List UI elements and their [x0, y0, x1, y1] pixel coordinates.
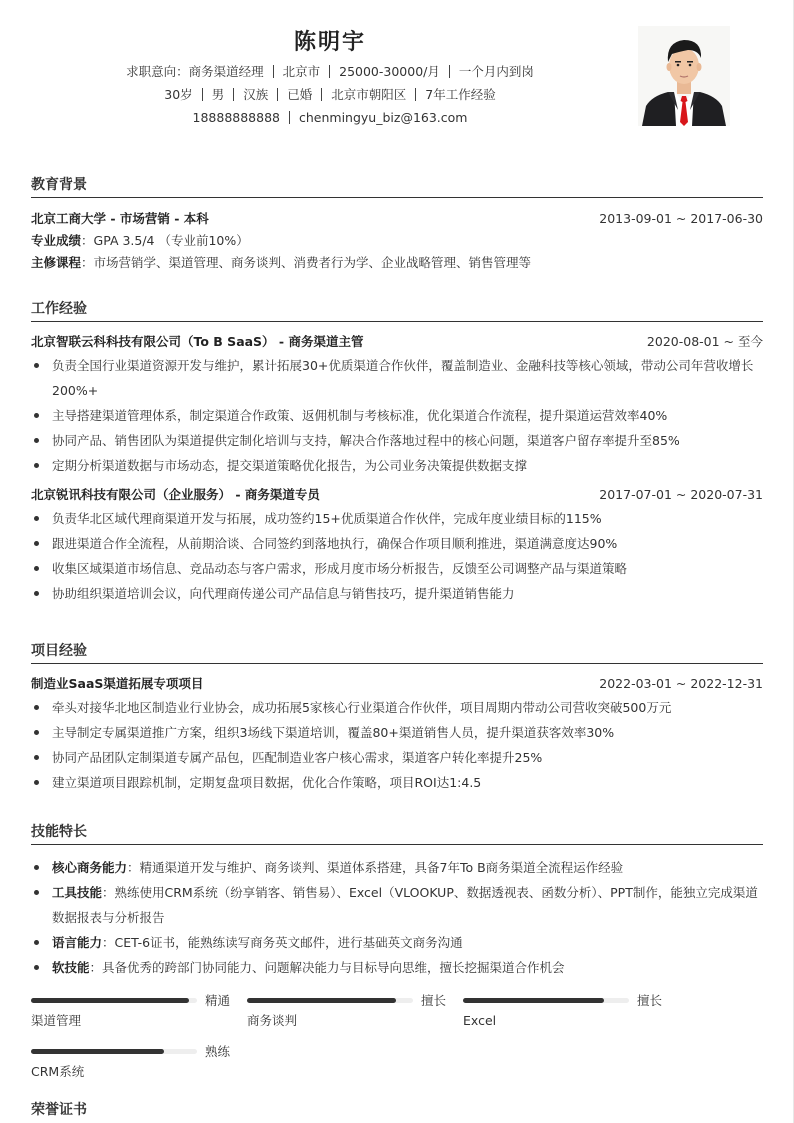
job-bullets: 负责华北区域代理商渠道开发与拓展，成功签约15+优质渠道合作伙伴，完成年度业绩目…	[31, 506, 763, 606]
job-title: 北京锐讯科技有限公司（企业服务） - 商务渠道专员	[31, 484, 320, 506]
education-section: 教育背景 北京工商大学 - 市场营销 - 本科 2013-09-01 ~ 201…	[31, 174, 763, 274]
job-title: 北京智联云科科技有限公司（To B SaaS） - 商务渠道主管	[31, 331, 363, 353]
skills-bullets: 核心商务能力：精通渠道开发与维护、商务谈判、渠道体系搭建，具备7年To B商务渠…	[31, 855, 763, 980]
project-row: 制造业SaaS渠道拓展专项项目 2022-03-01 ~ 2022-12-31	[31, 673, 763, 695]
residence: 北京市朝阳区	[331, 87, 406, 102]
expected-salary: 25000-30000/月	[339, 64, 440, 79]
job-bullets: 负责全国行业渠道资源开发与维护，累计拓展30+优质渠道合作伙伴，覆盖制造业、金融…	[31, 353, 763, 478]
job-row: 北京智联云科科技有限公司（To B SaaS） - 商务渠道主管 2020-08…	[31, 331, 763, 353]
project-date: 2022-03-01 ~ 2022-12-31	[599, 673, 763, 695]
divider	[273, 65, 274, 78]
age: 30岁	[164, 87, 192, 102]
skill-level: 擅长	[637, 992, 662, 1009]
section-title: 教育背景	[31, 174, 763, 198]
skill-text: ：熟练使用CRM系统（纷享销客、销售易）、Excel（VLOOKUP、数据透视表…	[52, 885, 758, 925]
education-date: 2013-09-01 ~ 2017-06-30	[599, 208, 763, 230]
email-address: chenmingyu_biz@163.com	[299, 110, 467, 125]
list-item: 协同产品团队定制渠道专属产品包，匹配制造业客户核心需求，渠道客户转化率提升25%	[31, 745, 763, 770]
avatar	[638, 26, 730, 126]
skill-label: 语言能力	[52, 935, 102, 950]
gender: 男	[212, 87, 225, 102]
project-bullets: 牵头对接华北地区制造业行业协会，成功拓展5家核心行业渠道合作伙伴，项目周期内带动…	[31, 695, 763, 795]
list-item: 主导制定专属渠道推广方案，组织3场线下渠道培训，覆盖80+渠道销售人员，提升渠道…	[31, 720, 763, 745]
skill-bar-fill	[31, 998, 189, 1003]
personal-info-line: 30岁男汉族已婚北京市朝阳区7年工作经验	[0, 83, 660, 106]
skill-bar-track	[247, 998, 413, 1003]
education-row: 北京工商大学 - 市场营销 - 本科 2013-09-01 ~ 2017-06-…	[31, 208, 763, 230]
skill-name: 商务谈判	[247, 1012, 297, 1029]
work-years: 7年工作经验	[425, 87, 495, 102]
courses-label: 主修课程	[31, 255, 81, 270]
courses-line: 主修课程：市场营销学、渠道管理、商务谈判、消费者行为学、企业战略管理、销售管理等	[31, 252, 763, 274]
job-date: 2020-08-01 ~ 至今	[647, 331, 763, 353]
section-title: 工作经验	[31, 298, 763, 322]
skill-level: 精通	[205, 992, 230, 1009]
avatar-illustration-icon	[638, 26, 730, 126]
section-title: 技能特长	[31, 821, 763, 845]
candidate-name: 陈明宇	[0, 26, 660, 60]
list-item: 负责全国行业渠道资源开发与维护，累计拓展30+优质渠道合作伙伴，覆盖制造业、金融…	[31, 353, 763, 403]
courses-value: ：市场营销学、渠道管理、商务谈判、消费者行为学、企业战略管理、销售管理等	[81, 255, 531, 270]
work-section: 工作经验 北京智联云科科技有限公司（To B SaaS） - 商务渠道主管 20…	[31, 298, 763, 606]
gpa-label: 专业成绩	[31, 233, 81, 248]
list-item: 软技能：具备优秀的跨部门协同能力、问题解决能力与目标导向思维，擅长挖掘渠道合作机…	[31, 955, 763, 980]
school-major-degree: 北京工商大学 - 市场营销 - 本科	[31, 208, 209, 230]
divider	[321, 88, 322, 101]
divider	[289, 111, 290, 124]
divider	[449, 65, 450, 78]
gpa-value: ：GPA 3.5/4 （专业前10%）	[81, 233, 249, 248]
skill-text: ：精通渠道开发与维护、商务谈判、渠道体系搭建，具备7年To B商务渠道全流程运作…	[127, 860, 623, 875]
skill-bar-fill	[247, 998, 396, 1003]
list-item: 语言能力：CET-6证书，能熟练读写商务英文邮件，进行基础英文商务沟通	[31, 930, 763, 955]
skill-name: Excel	[463, 1012, 496, 1029]
gpa-line: 专业成绩：GPA 3.5/4 （专业前10%）	[31, 230, 763, 252]
list-item: 牵头对接华北地区制造业行业协会，成功拓展5家核心行业渠道合作伙伴，项目周期内带动…	[31, 695, 763, 720]
divider	[233, 88, 234, 101]
project-title: 制造业SaaS渠道拓展专项项目	[31, 673, 203, 695]
job-row: 北京锐讯科技有限公司（企业服务） - 商务渠道专员 2017-07-01 ~ 2…	[31, 484, 763, 506]
skill-bar-track	[463, 998, 629, 1003]
skill-bar-item: 熟练 CRM系统	[31, 1043, 231, 1083]
resume-page: 陈明宇 求职意向：商务渠道经理北京市25000-30000/月一个月内到岗 30…	[0, 0, 794, 1123]
phone-number: 18888888888	[193, 110, 280, 125]
projects-section: 项目经验 制造业SaaS渠道拓展专项项目 2022-03-01 ~ 2022-1…	[31, 640, 763, 795]
skill-bar-fill	[31, 1049, 164, 1054]
skill-name: 渠道管理	[31, 1012, 81, 1029]
list-item: 核心商务能力：精通渠道开发与维护、商务谈判、渠道体系搭建，具备7年To B商务渠…	[31, 855, 763, 880]
job-intent: 求职意向：商务渠道经理	[126, 64, 264, 79]
skill-text: ：CET-6证书，能熟练读写商务英文邮件，进行基础英文商务沟通	[102, 935, 463, 950]
skill-label: 工具技能	[52, 885, 102, 900]
job-intent-line: 求职意向：商务渠道经理北京市25000-30000/月一个月内到岗	[0, 60, 660, 83]
skill-bar-item: 擅长 商务谈判	[247, 992, 447, 1032]
section-title: 荣誉证书	[31, 1099, 763, 1123]
divider	[202, 88, 203, 101]
skill-text: ：具备优秀的跨部门协同能力、问题解决能力与目标导向思维，擅长挖掘渠道合作机会	[90, 960, 565, 975]
marital-status: 已婚	[287, 87, 312, 102]
skills-section: 技能特长 核心商务能力：精通渠道开发与维护、商务谈判、渠道体系搭建，具备7年To…	[31, 821, 763, 980]
divider	[415, 88, 416, 101]
skill-level: 熟练	[205, 1043, 230, 1060]
skill-label: 核心商务能力	[52, 860, 127, 875]
list-item: 协同产品、销售团队为渠道提供定制化培训与支持，解决合作落地过程中的核心问题，渠道…	[31, 428, 763, 453]
divider	[277, 88, 278, 101]
skill-level: 擅长	[421, 992, 446, 1009]
list-item: 跟进渠道合作全流程，从前期洽谈、合同签约到落地执行，确保合作项目顺利推进，渠道满…	[31, 531, 763, 556]
contact-line: 18888888888chenmingyu_biz@163.com	[0, 106, 660, 129]
job-date: 2017-07-01 ~ 2020-07-31	[599, 484, 763, 506]
divider	[329, 65, 330, 78]
skill-name: CRM系统	[31, 1063, 84, 1080]
skill-bar-track	[31, 1049, 197, 1054]
list-item: 建立渠道项目跟踪机制，定期复盘项目数据，优化合作策略，项目ROI达1:4.5	[31, 770, 763, 795]
list-item: 工具技能：熟练使用CRM系统（纷享销客、销售易）、Excel（VLOOKUP、数…	[31, 880, 763, 930]
skill-label: 软技能	[52, 960, 90, 975]
skill-bar-item: 精通 渠道管理	[31, 992, 231, 1032]
resume-header: 陈明宇 求职意向：商务渠道经理北京市25000-30000/月一个月内到岗 30…	[0, 26, 660, 129]
list-item: 收集区域渠道市场信息、竞品动态与客户需求，形成月度市场分析报告，反馈至公司调整产…	[31, 556, 763, 581]
intent-city: 北京市	[283, 64, 321, 79]
skill-bar-fill	[463, 998, 604, 1003]
list-item: 协助组织渠道培训会议，向代理商传递公司产品信息与销售技巧，提升渠道销售能力	[31, 581, 763, 606]
list-item: 定期分析渠道数据与市场动态，提交渠道策略优化报告，为公司业务决策提供数据支撑	[31, 453, 763, 478]
list-item: 主导搭建渠道管理体系，制定渠道合作政策、返佣机制与考核标准，优化渠道合作流程，提…	[31, 403, 763, 428]
ethnicity: 汉族	[243, 87, 268, 102]
skill-bar-track	[31, 998, 197, 1003]
list-item: 负责华北区域代理商渠道开发与拓展，成功签约15+优质渠道合作伙伴，完成年度业绩目…	[31, 506, 763, 531]
skill-bar-item: 擅长 Excel	[463, 992, 663, 1032]
section-title: 项目经验	[31, 640, 763, 664]
availability: 一个月内到岗	[459, 64, 534, 79]
honors-section: 荣誉证书	[31, 1099, 763, 1123]
